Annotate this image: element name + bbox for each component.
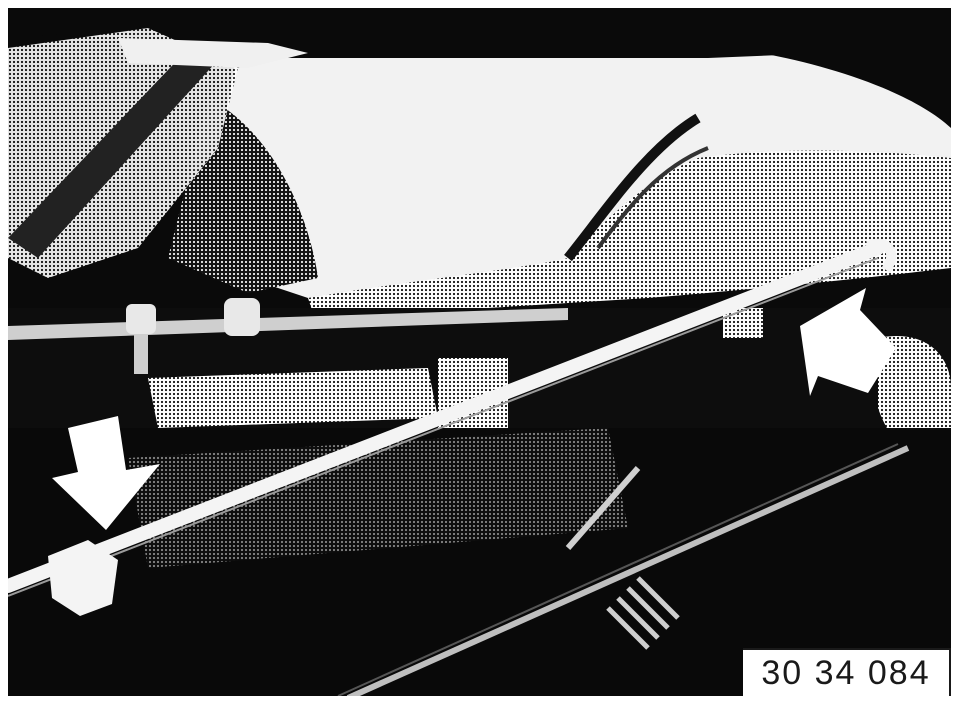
bolt-mid (224, 298, 260, 336)
photo-illustration (8, 8, 951, 696)
figure-reference-number: 30 34 084 (761, 654, 930, 693)
figure-reference-label: 30 34 084 (743, 648, 951, 696)
technical-photo (8, 8, 951, 696)
bolt-left-stem (134, 334, 148, 374)
lower-rail (148, 368, 438, 428)
bolt-left (126, 304, 156, 334)
